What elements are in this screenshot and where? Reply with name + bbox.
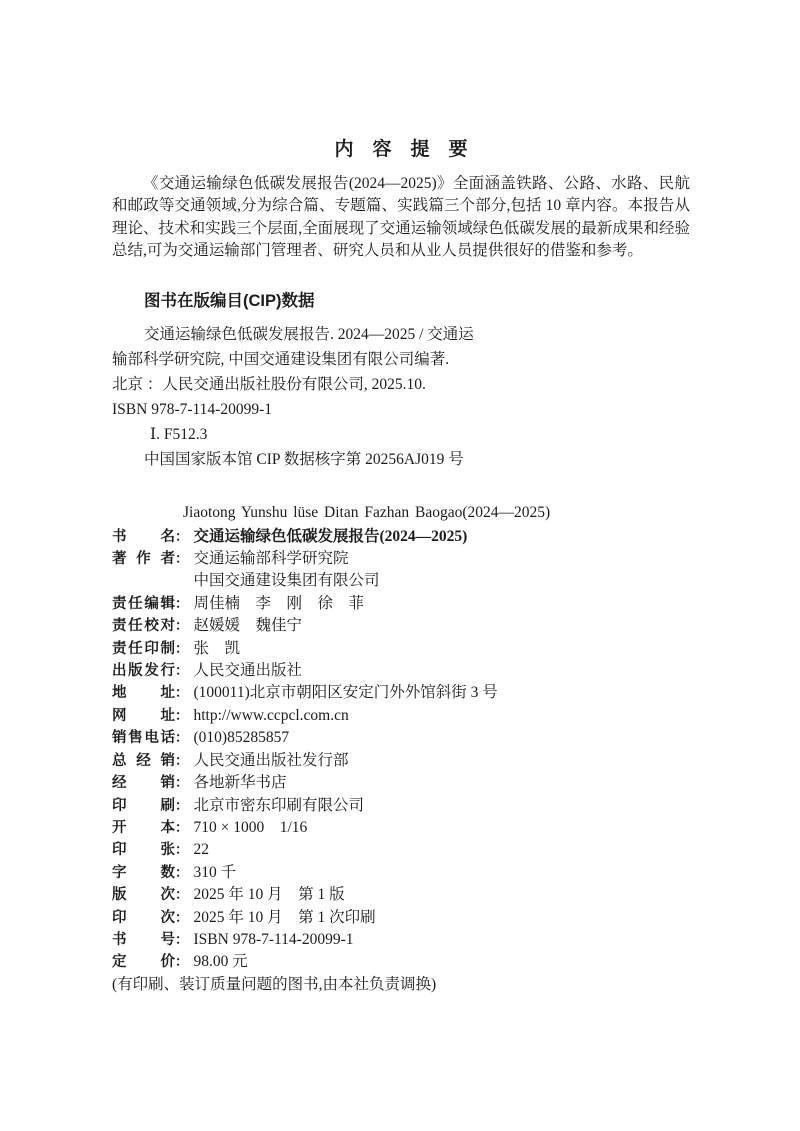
field-value: 2025 年 10 月 第 1 次印刷	[194, 909, 376, 926]
website-row: 网址：http://www.ccpcl.com.cn	[112, 705, 690, 727]
printer-row: 印刷：北京市密东印刷有限公司	[112, 795, 690, 817]
abstract-section: 内 容 提 要 《交通运输绿色低碳发展报告(2024—2025)》全面涵盖铁路、…	[112, 139, 690, 263]
edition-row: 版次：2025 年 10 月 第 1 版	[112, 884, 690, 906]
page-content: 内 容 提 要 《交通运输绿色低碳发展报告(2024—2025)》全面涵盖铁路、…	[0, 0, 800, 996]
field-value: (010)85285857	[194, 729, 290, 746]
field-value: 人民交通出版社	[194, 662, 303, 679]
sales-phone-row: 销售电话：(010)85285857	[112, 727, 690, 749]
field-colon: ：	[175, 753, 189, 768]
field-label: 印刷	[112, 795, 175, 817]
printed-sheets-row: 印张：22	[112, 839, 690, 861]
print-supervisor-row: 责任印制：张 凯	[112, 638, 690, 660]
field-value: 交通运输部科学研究院	[194, 550, 349, 567]
retail-distributor-row: 经销：各地新华书店	[112, 772, 690, 794]
impression-row: 印次：2025 年 10 月 第 1 次印刷	[112, 907, 690, 929]
quality-exchange-note: (有印刷、装订质量问题的图书,由本社负责调换)	[112, 974, 690, 996]
field-colon: ：	[175, 551, 189, 566]
field-value: 710 × 1000 1/16	[194, 819, 308, 836]
field-label: 印次	[112, 907, 175, 929]
field-label: 总经销	[112, 750, 175, 772]
field-colon: ：	[175, 618, 189, 633]
field-colon: ：	[175, 842, 189, 857]
field-value: 2025 年 10 月 第 1 版	[194, 886, 345, 903]
field-label: 书名	[112, 526, 175, 548]
field-value: 周佳楠 李 刚 徐 菲	[194, 595, 365, 612]
cip-line-publisher: 北京 ：人民交通出版社股份有限公司, 2025.10.	[112, 372, 690, 397]
colophon-section: 书名：交通运输绿色低碳发展报告(2024—2025) 著作者：交通运输部科学研究…	[112, 526, 690, 997]
cip-section: 图书在版编目(CIP)数据 交通运输绿色低碳发展报告. 2024—2025 / …	[112, 290, 690, 472]
field-label: 地址	[112, 682, 175, 704]
pinyin-title: Jiaotong Yunshu lüse Ditan Fazhan Baogao…	[112, 503, 690, 523]
field-colon: ：	[175, 596, 189, 611]
field-colon: ：	[175, 954, 189, 969]
cip-line-record-number: 中国国家版本馆 CIP 数据核字第 20256AJ019 号	[112, 447, 690, 472]
field-value: 交通运输绿色低碳发展报告(2024—2025)	[194, 528, 468, 545]
authors-row-continuation: ：中国交通建设集团有限公司	[112, 570, 690, 592]
field-value: 赵媛媛 魏佳宁	[194, 617, 303, 634]
authors-row: 著作者：交通运输部科学研究院	[112, 548, 690, 570]
field-label: 网址	[112, 705, 175, 727]
field-value: 各地新华书店	[194, 774, 287, 791]
field-colon: ：	[175, 641, 189, 656]
field-value: 中国交通建设集团有限公司	[194, 572, 380, 589]
proofreader-row: 责任校对：赵媛媛 魏佳宁	[112, 615, 690, 637]
managing-editor-row: 责任编辑：周佳楠 李 刚 徐 菲	[112, 593, 690, 615]
field-colon: ：	[175, 730, 189, 745]
field-value: 张 凯	[194, 640, 241, 657]
field-colon: ：	[175, 529, 189, 544]
field-value: 北京市密东印刷有限公司	[194, 797, 365, 814]
cip-line-isbn: ISBN 978-7-114-20099-1	[112, 397, 690, 422]
field-label: 责任校对	[112, 615, 175, 637]
cip-line-classification: Ⅰ. F512.3	[112, 422, 690, 447]
field-value: 98.00 元	[194, 953, 248, 970]
field-colon: ：	[175, 910, 189, 925]
field-colon: ：	[175, 708, 189, 723]
field-value: (100011)北京市朝阳区安定门外外馆斜街 3 号	[194, 684, 498, 701]
field-label: 书号	[112, 929, 175, 951]
field-colon: ：	[175, 932, 189, 947]
cip-heading: 图书在版编目(CIP)数据	[112, 290, 690, 312]
field-value: ISBN 978-7-114-20099-1	[194, 931, 354, 948]
general-distributor-row: 总经销：人民交通出版社发行部	[112, 750, 690, 772]
field-value: 人民交通出版社发行部	[194, 752, 349, 769]
cip-data-block: 交通运输绿色低碳发展报告. 2024—2025 / 交通运 输部科学研究院, 中…	[112, 322, 690, 472]
book-title-row: 书名：交通运输绿色低碳发展报告(2024—2025)	[112, 526, 690, 548]
field-colon: ：	[175, 685, 189, 700]
field-colon: ：	[175, 663, 189, 678]
field-label: 销售电话	[112, 727, 175, 749]
abstract-text: 《交通运输绿色低碳发展报告(2024—2025)》全面涵盖铁路、公路、水路、民航…	[112, 173, 690, 263]
word-count-row: 字数：310 千	[112, 862, 690, 884]
format-row: 开本：710 × 1000 1/16	[112, 817, 690, 839]
price-row: 定价：98.00 元	[112, 951, 690, 973]
address-row: 地址：(100011)北京市朝阳区安定门外外馆斜街 3 号	[112, 682, 690, 704]
copyright-page: 内 容 提 要 《交通运输绿色低碳发展报告(2024—2025)》全面涵盖铁路、…	[0, 0, 800, 1131]
field-colon: ：	[175, 798, 189, 813]
field-label: 字数	[112, 862, 175, 884]
field-value: 22	[194, 841, 210, 858]
field-value: 310 千	[194, 864, 237, 881]
field-colon: ：	[175, 775, 189, 790]
field-label: 著作者	[112, 548, 175, 570]
field-colon: ：	[175, 887, 189, 902]
isbn-row: 书号：ISBN 978-7-114-20099-1	[112, 929, 690, 951]
field-label: 版次	[112, 884, 175, 906]
field-label: 印张	[112, 839, 175, 861]
field-label: 责任印制	[112, 638, 175, 660]
publisher-row: 出版发行：人民交通出版社	[112, 660, 690, 682]
field-value: http://www.ccpcl.com.cn	[194, 707, 349, 724]
field-colon: ：	[175, 865, 189, 880]
cip-line-title: 交通运输绿色低碳发展报告. 2024—2025 / 交通运	[112, 322, 690, 347]
abstract-title: 内 容 提 要	[112, 139, 690, 161]
field-label: 开本	[112, 817, 175, 839]
field-label: 经销	[112, 772, 175, 794]
field-colon: ：	[175, 820, 189, 835]
field-label: 出版发行	[112, 660, 175, 682]
cip-line-authors: 输部科学研究院, 中国交通建设集团有限公司编著.	[112, 347, 690, 372]
field-label: 定价	[112, 951, 175, 973]
field-label: 责任编辑	[112, 593, 175, 615]
